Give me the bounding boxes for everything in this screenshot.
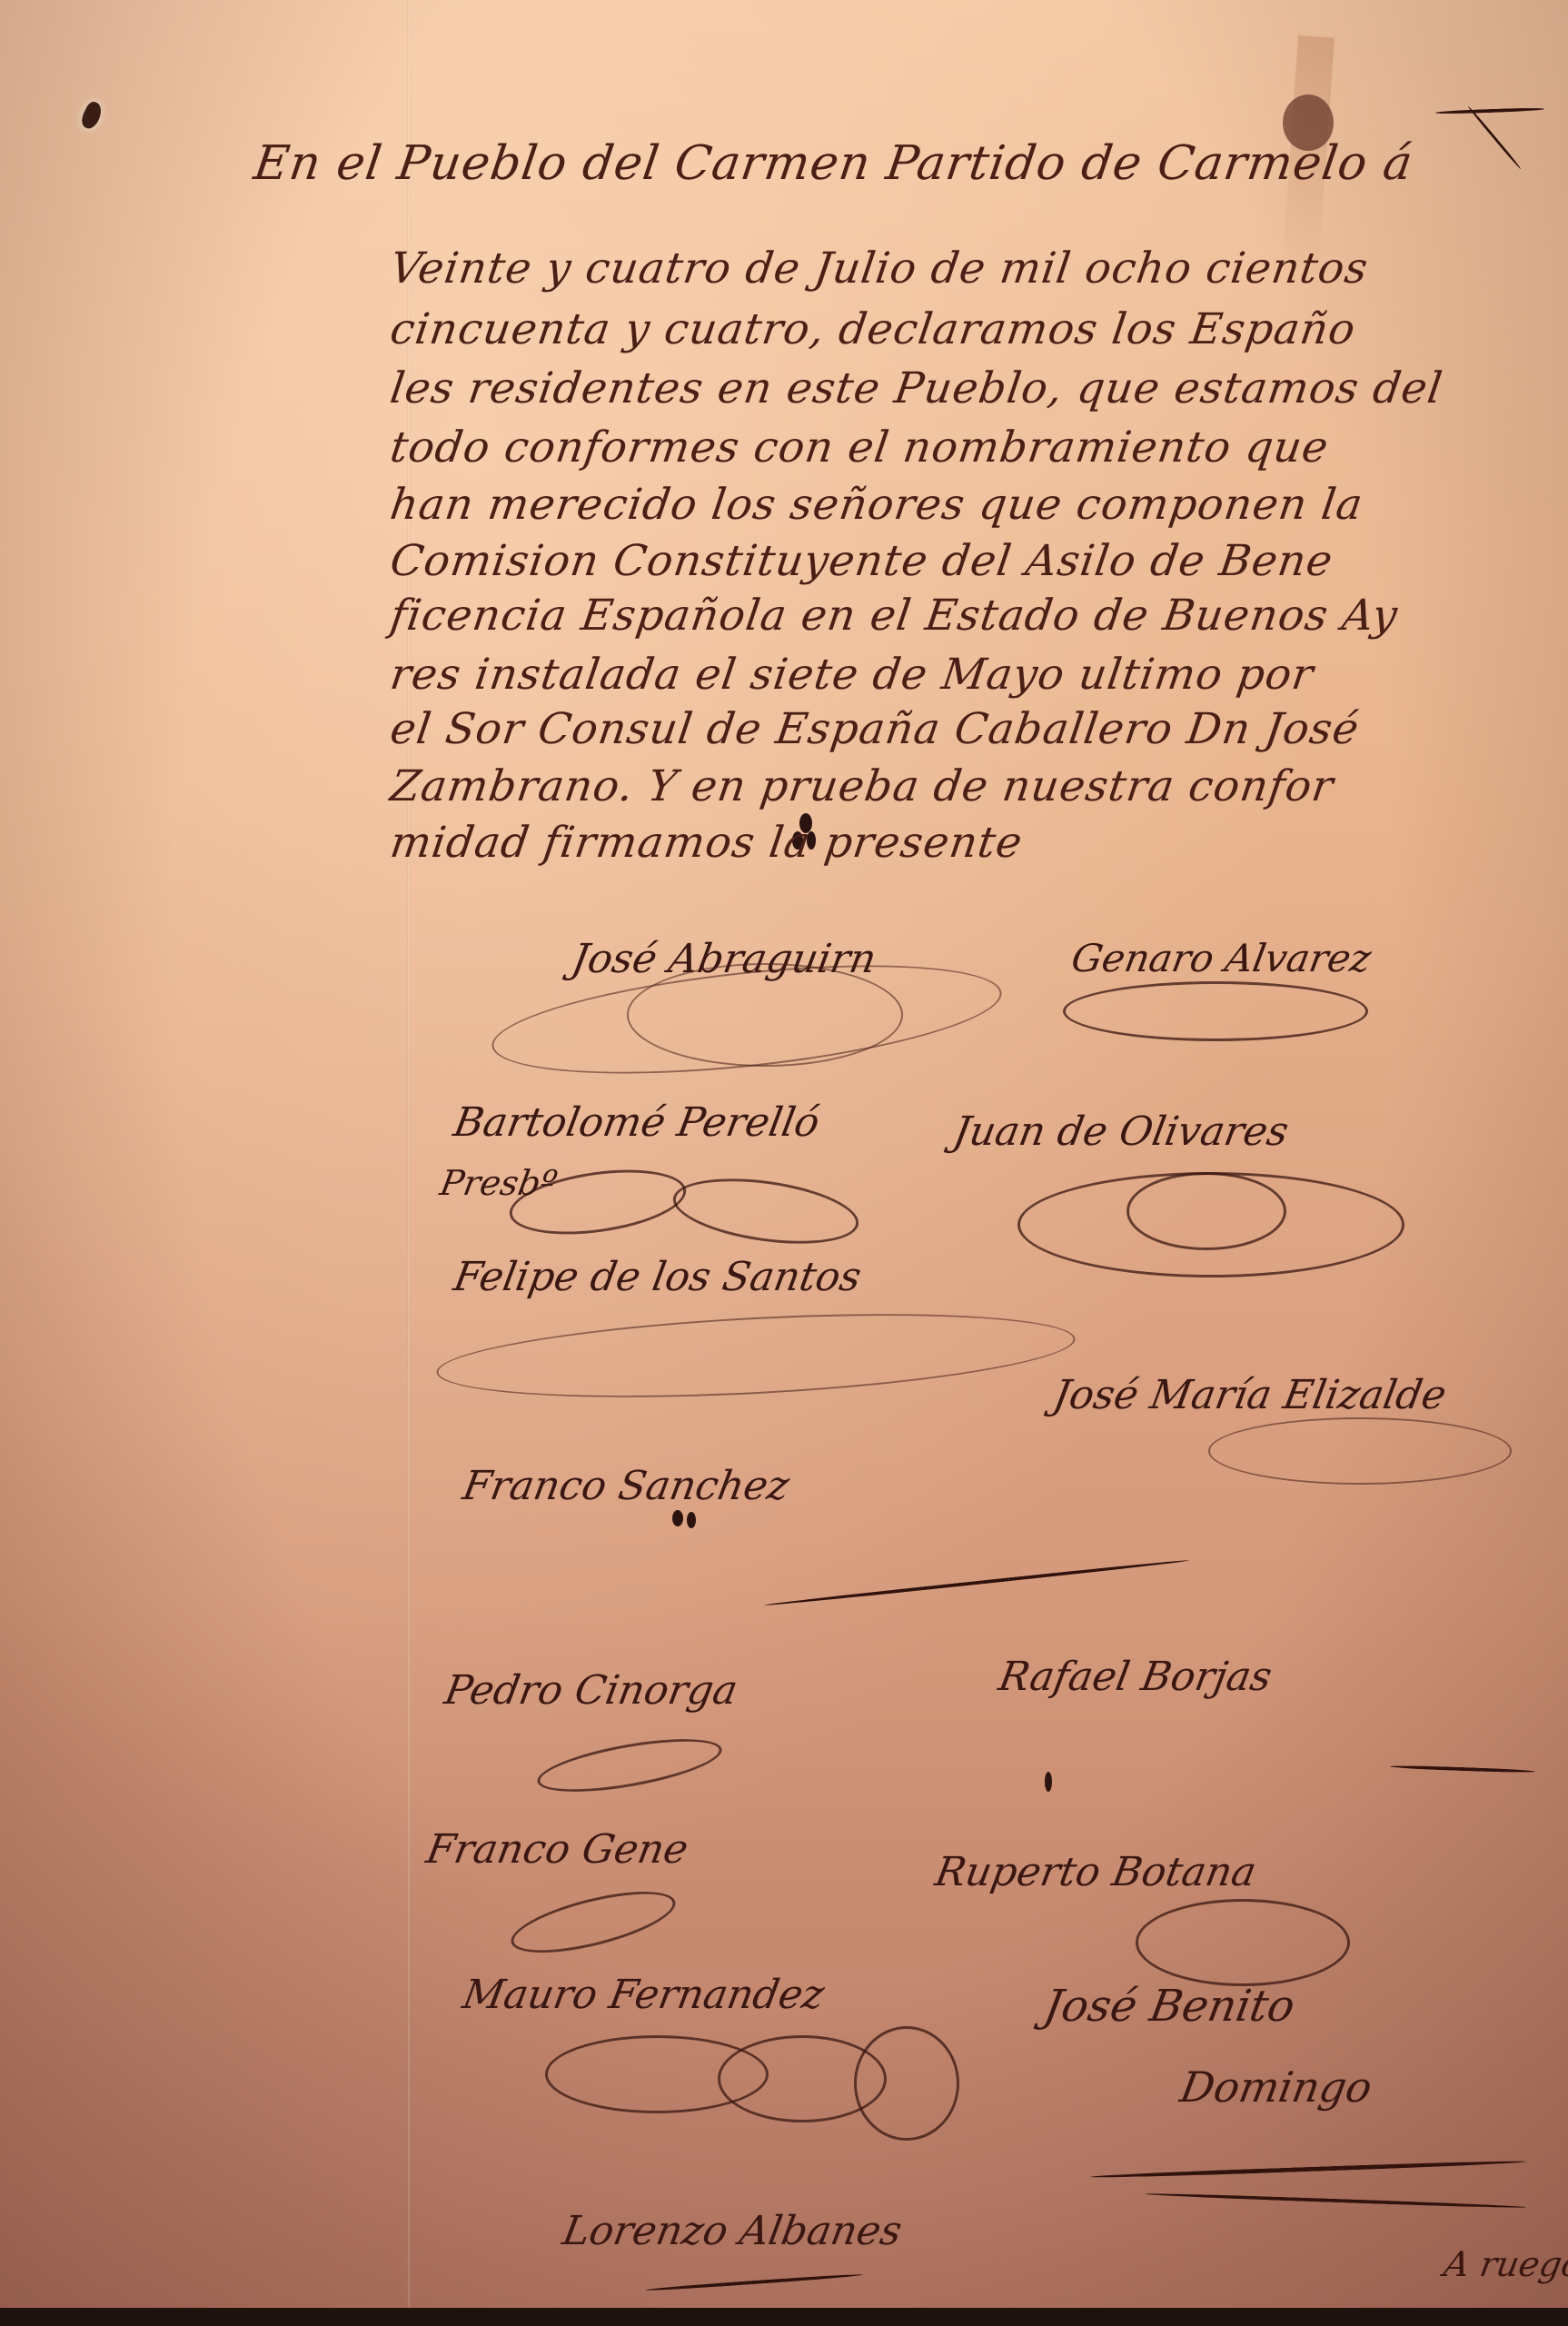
signature-flourish	[1090, 2160, 1526, 2180]
photo-background-edge	[0, 2308, 1568, 2326]
signature-flourish	[764, 1558, 1189, 1606]
body-line-5: todo conformes con el nombramiento que	[387, 422, 1332, 472]
signature-pedro-cinorga: Pedro Cinorga	[442, 1667, 741, 1714]
ink-blot	[687, 1512, 696, 1528]
signature-rafael-borjas: Rafael Borjas	[996, 1654, 1275, 1700]
signature-mauro-fernandez: Mauro Fernandez	[460, 1972, 829, 2018]
signature-flourish	[1145, 2192, 1526, 2210]
body-line-8: ficencia Española en el Estado de Buenos…	[387, 591, 1401, 641]
body-line-2: Veinte y cuatro de Julio de mil ocho cie…	[387, 244, 1371, 293]
signature-juan-de-olivares: Juan de Olivares	[950, 1108, 1293, 1155]
signature-francisco-gene: Franco Gene	[423, 1826, 692, 1873]
paper-hole	[79, 100, 105, 132]
signature-francisco-sanchez: Franco Sanchez	[460, 1463, 793, 1509]
body-line-4: les residentes en este Pueblo, que estam…	[387, 363, 1445, 413]
body-line-10: el Sor Consul de España Caballero Dn Jos…	[387, 704, 1363, 754]
body-line-1: En el Pueblo del Carmen Partido de Carme…	[251, 136, 1416, 191]
signature-rubric	[1063, 981, 1368, 1041]
signature-bartolome-perello: Bartolomé Perelló	[451, 1099, 823, 1146]
body-line-6: han merecido los señores que componen la	[387, 480, 1366, 530]
ink-mark	[1435, 107, 1544, 114]
signature-lorenzo-albanes: Lorenzo Albanes	[560, 2208, 906, 2254]
body-line-3: cincuenta y cuatro, declaramos los Españ…	[387, 304, 1359, 354]
signature-rubric	[1126, 1172, 1286, 1250]
ink-blot	[672, 1510, 683, 1526]
signature-jose-benito: José Benito	[1040, 1981, 1298, 2032]
signature-flourish	[1390, 1764, 1535, 1774]
signature-rubric	[506, 1879, 681, 1964]
signature-ruperto-botana: Ruperto Botana	[932, 1849, 1260, 1895]
signature-domingo: Domingo	[1176, 2063, 1375, 2112]
signature-rubric	[534, 1728, 726, 1802]
signature-rubric	[1136, 1899, 1350, 1986]
signature-jose-maria-elizalde: José María Elizalde	[1050, 1372, 1450, 1418]
signature-rubric	[669, 1168, 862, 1254]
signature-genaro-alvarez: Genaro Alvarez	[1068, 936, 1374, 980]
body-line-7: Comision Constituyente del Asilo de Bene	[387, 536, 1336, 586]
body-line-12: midad firmamos la presente	[387, 818, 1026, 868]
annotation-a-ruego: A ruego	[1441, 2244, 1568, 2284]
signature-felipe-de-los-santos: Felipe de los Santos	[451, 1254, 865, 1300]
body-line-11: Zambrano. Y en prueba de nuestra confor	[387, 761, 1337, 811]
ink-blot	[1045, 1772, 1052, 1792]
ink-mark	[1467, 105, 1522, 170]
signature-rubric	[434, 1301, 1077, 1411]
signature-rubric	[627, 963, 903, 1067]
signature-rubric	[854, 2026, 959, 2141]
body-line-9: res instalada el siete de Mayo ultimo po…	[387, 650, 1317, 700]
signature-rubric	[1208, 1417, 1512, 1485]
signature-flourish	[645, 2273, 863, 2292]
manuscript-page: En el Pueblo del Carmen Partido de Carme…	[0, 0, 1568, 2308]
